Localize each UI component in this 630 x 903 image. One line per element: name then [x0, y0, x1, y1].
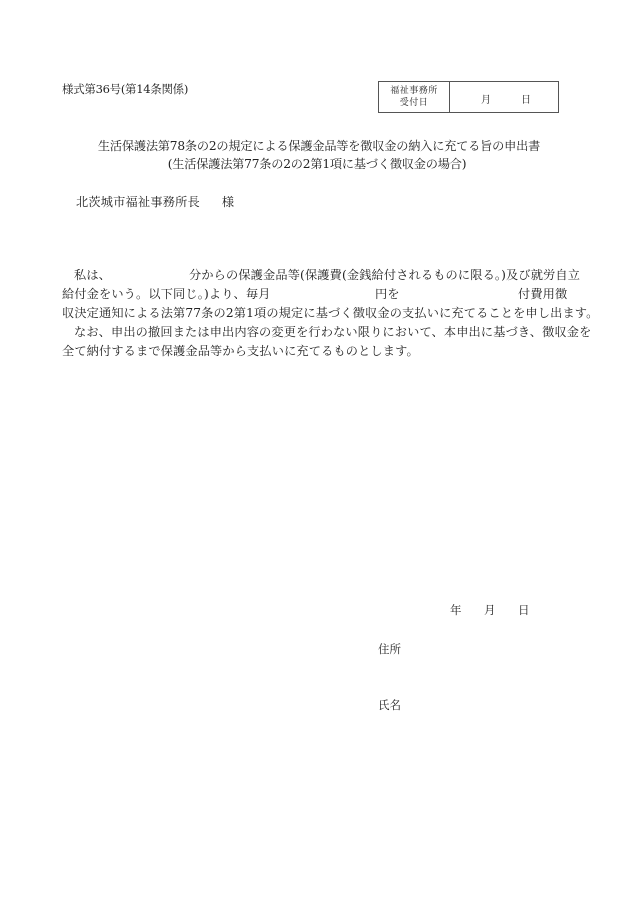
body-line-2-yen: 円を [375, 285, 400, 302]
receipt-label-date: 受付日 [400, 97, 429, 109]
receipt-value-cell[interactable]: 月 日 [450, 82, 558, 112]
body-line-5: 全て納付するまで保護金品等から支払いに充てるものとします。 [62, 342, 419, 359]
document-subtitle: (生活保護法第77条の2の2第1項に基づく徴収金の場合) [0, 155, 630, 172]
date-day-label: 日 [518, 602, 530, 618]
addressee: 北茨城市福祉事務所長様 [76, 193, 234, 210]
date-month-label: 月 [484, 602, 496, 618]
document-page: 様式第36号(第14条関係) 福祉事務所 受付日 月 日 生活保護法第78条の2… [0, 0, 630, 903]
address-label: 住所 [378, 641, 401, 657]
receipt-day-label: 日 [521, 91, 531, 106]
receipt-label-cell: 福祉事務所 受付日 [379, 82, 450, 112]
receipt-month-label: 月 [481, 91, 491, 106]
date-year-label: 年 [450, 602, 462, 618]
body-line-1-end: 分からの保護金品等(保護費(金銭給付されるものに限る。)及び就労自立 [189, 266, 580, 283]
body-line-4: なお、申出の撤回または申出内容の変更を行わない限りにおいて、本申出に基づき、徴収… [74, 323, 591, 340]
fee-type-input-field[interactable] [410, 285, 510, 301]
form-number: 様式第36号(第14条関係) [62, 81, 188, 97]
body-line-2-end: 付費用徴 [518, 285, 567, 302]
receipt-label-office: 福祉事務所 [390, 85, 438, 97]
addressee-honorific: 様 [222, 195, 234, 209]
name-label: 氏名 [378, 697, 401, 713]
receipt-date-box: 福祉事務所 受付日 月 日 [378, 81, 559, 113]
document-title: 生活保護法第78条の2の規定による保護金品等を徴収金の納入に充てる旨の申出書 [0, 137, 630, 154]
amount-input-field[interactable] [270, 285, 370, 301]
address-input-field[interactable] [410, 638, 570, 656]
period-input-field[interactable] [160, 266, 190, 282]
addressee-name: 北茨城市福祉事務所長 [76, 195, 200, 209]
name-input-field[interactable] [410, 694, 570, 712]
body-line-3: 収決定通知による法第77条の2第1項の規定に基づく徴収金の支払いに充てることを申… [62, 304, 598, 321]
body-line-2-start: 給付金をいう。以下同じ。)より、毎月 [62, 285, 271, 302]
body-line-1-start: 私は、 [74, 266, 111, 283]
